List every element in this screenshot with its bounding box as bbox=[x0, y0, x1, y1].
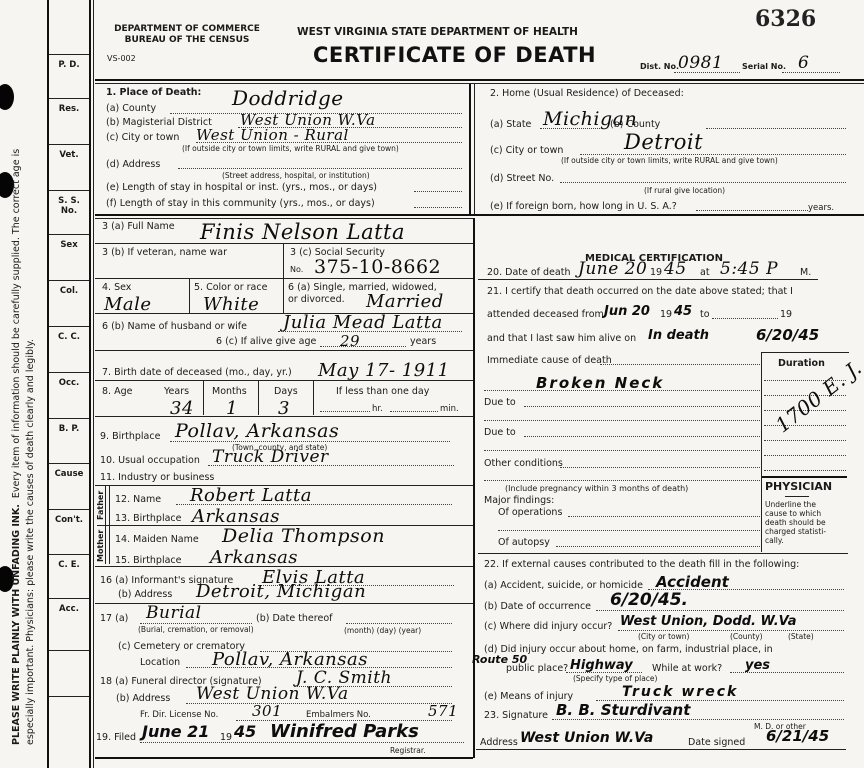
binder-hole bbox=[0, 84, 14, 110]
dotted-rule bbox=[712, 318, 778, 319]
death-city-label: (c) City or town bbox=[106, 133, 179, 143]
license-value: 301 bbox=[252, 704, 282, 719]
injury-where-value: West Union, Dodd. W.Va bbox=[620, 615, 797, 628]
dotted-rule bbox=[566, 672, 642, 673]
stay-community-label: (f) Length of stay in this community (yr… bbox=[106, 199, 375, 209]
row-rule bbox=[478, 279, 818, 280]
side-code-label: P. D. bbox=[50, 60, 88, 70]
dotted-rule bbox=[560, 467, 760, 468]
date-signed-label: Date signed bbox=[688, 738, 745, 748]
row-rule bbox=[95, 243, 473, 244]
home-street-note: (If rural give location) bbox=[644, 187, 725, 195]
filed-label: 19. Filed bbox=[96, 733, 136, 743]
side-code-rule bbox=[49, 554, 89, 555]
side-code-label: C. E. bbox=[50, 560, 88, 570]
side-code-label: Res. bbox=[50, 104, 88, 114]
foreign-born-label: (e) If foreign born, how long in U. S. A… bbox=[490, 202, 677, 212]
burial-date-label: (b) Date thereof bbox=[256, 614, 332, 624]
attended-year-prefix: 19 bbox=[660, 310, 672, 320]
row-rule bbox=[95, 416, 473, 417]
duration-label: Duration bbox=[778, 359, 825, 369]
header-rule bbox=[95, 83, 864, 84]
row-rule bbox=[95, 278, 473, 279]
physician-rule bbox=[762, 476, 847, 478]
side-code-label: Col. bbox=[50, 286, 88, 296]
dotted-rule bbox=[730, 672, 844, 673]
dotted-rule bbox=[484, 480, 760, 481]
duration-box-border bbox=[761, 352, 849, 353]
side-code-label: Vet. bbox=[50, 150, 88, 160]
dotted-rule bbox=[390, 411, 438, 412]
row-rule bbox=[95, 350, 473, 351]
mother-maiden-label: 14. Maiden Name bbox=[115, 535, 199, 545]
side-code-rule bbox=[49, 98, 89, 99]
physician-note-line: cause to which bbox=[765, 509, 847, 518]
dotted-rule bbox=[346, 623, 452, 624]
attended-to-label: to bbox=[700, 310, 710, 320]
margin-rule bbox=[93, 0, 94, 768]
certify-statement: 21. I certify that death occurred on the… bbox=[487, 287, 793, 297]
dotted-rule bbox=[170, 441, 450, 442]
state-department: WEST VIRGINIA STATE DEPARTMENT OF HEALTH bbox=[297, 27, 578, 38]
last-alive-value: In death bbox=[648, 329, 709, 342]
filed-date-value: June 21 bbox=[142, 724, 209, 740]
father-birthplace-value: Arkansas bbox=[192, 508, 280, 526]
race-label: 5. Color or race bbox=[194, 283, 267, 293]
dotted-rule bbox=[320, 411, 370, 412]
side-code-rule bbox=[49, 144, 89, 145]
physician-note-line: charged statisti- bbox=[765, 527, 847, 536]
dotted-rule bbox=[556, 546, 760, 547]
dotted-rule bbox=[176, 504, 452, 505]
other-conditions-label: Other conditions bbox=[484, 459, 563, 469]
last-alive-label: and that I last saw him alive on bbox=[487, 334, 636, 344]
cell-divider bbox=[283, 278, 284, 313]
date-signed-value: 6/21/45 bbox=[766, 729, 829, 744]
marital-value: Married bbox=[366, 293, 444, 311]
sex-label: 4. Sex bbox=[102, 283, 131, 293]
home-city-value: Detroit bbox=[624, 132, 703, 153]
section-divider bbox=[469, 84, 471, 214]
full-name-label: 3 (a) Full Name bbox=[102, 222, 175, 232]
registrar-signature: Winifred Parks bbox=[270, 723, 419, 741]
dotted-rule bbox=[414, 207, 462, 208]
dotted-rule bbox=[580, 154, 846, 155]
dotted-rule bbox=[764, 455, 846, 456]
physician-address-label: Address bbox=[480, 738, 518, 748]
death-year-value: 45 bbox=[664, 261, 687, 278]
place-of-death-heading: 1. Place of Death: bbox=[106, 88, 201, 98]
death-county-label: (a) County bbox=[106, 104, 156, 114]
disposition-note: (Burial, cremation, or removal) bbox=[138, 626, 254, 634]
dotted-rule bbox=[524, 436, 760, 437]
less-than-day-label: If less than one day bbox=[336, 387, 429, 397]
dotted-rule bbox=[178, 168, 462, 169]
cell-divider bbox=[313, 380, 314, 415]
birth-date-label: 7. Birth date of deceased (mo., day, yr.… bbox=[102, 368, 292, 378]
autopsy-label: Of autopsy bbox=[498, 538, 550, 548]
physician-note-line: Underline the bbox=[765, 500, 847, 509]
license-label: Fr. Dir. License No. bbox=[140, 711, 218, 720]
social-security-value: 375-10-8662 bbox=[314, 258, 441, 277]
age-years-label: Years bbox=[164, 387, 189, 397]
column-divider bbox=[473, 218, 475, 758]
side-code-rule bbox=[49, 509, 89, 510]
age-months-label: Months bbox=[212, 387, 247, 397]
dotted-rule bbox=[484, 390, 760, 391]
dept-commerce: DEPARTMENT OF COMMERCE BUREAU OF THE CEN… bbox=[112, 25, 262, 45]
side-code-label: Occ. bbox=[50, 378, 88, 388]
dist-number-label: Dist. No. bbox=[640, 63, 679, 71]
spouse-age-label: 6 (c) If alive give age bbox=[216, 337, 316, 347]
side-code-label: B. P. bbox=[50, 424, 88, 434]
death-address-label: (d) Address bbox=[106, 160, 160, 170]
section-rule bbox=[95, 214, 864, 216]
side-code-rule bbox=[49, 418, 89, 419]
birthplace-value: Pollav, Arkansas bbox=[175, 422, 339, 441]
external-type-value: Accident bbox=[656, 575, 729, 590]
margin-rule bbox=[89, 0, 91, 768]
physician-signature-label: 23. Signature bbox=[484, 711, 548, 721]
death-city-note: (If outside city or town limits, write R… bbox=[182, 145, 399, 153]
foreign-born-suffix: years. bbox=[808, 204, 834, 213]
mother-birthplace-value: Arkansas bbox=[210, 549, 298, 567]
death-address-note: (Street address, hospital, or institutio… bbox=[222, 172, 370, 180]
stamp-number: 6326 bbox=[755, 6, 816, 32]
injury-place-note: (Specify type of place) bbox=[573, 675, 657, 683]
death-date-value: June 20 bbox=[578, 261, 647, 278]
mother-birthplace-label: 15. Birthplace bbox=[115, 556, 182, 566]
dotted-rule bbox=[568, 516, 760, 517]
certificate-title: CERTIFICATE OF DEATH bbox=[313, 43, 596, 67]
side-code-rule bbox=[49, 190, 89, 191]
dotted-rule bbox=[278, 331, 462, 332]
burial-date-note: (month) (day) (year) bbox=[344, 627, 421, 635]
death-city-value: West Union - Rural bbox=[196, 128, 349, 143]
father-name-value: Robert Latta bbox=[190, 487, 312, 505]
dotted-rule bbox=[196, 142, 462, 143]
physician-address-value: West Union W.Va bbox=[520, 731, 653, 745]
cell-divider bbox=[203, 380, 204, 415]
injury-place-value: Highway bbox=[570, 659, 633, 672]
form-code: VS-002 bbox=[107, 55, 136, 63]
dotted-rule bbox=[186, 703, 452, 704]
side-code-rule bbox=[49, 54, 89, 55]
dotted-rule bbox=[618, 630, 844, 631]
embalmer-label: Embalmers No. bbox=[306, 711, 371, 720]
ss-no-label: No. bbox=[290, 266, 303, 274]
physician-note-line: cally. bbox=[765, 536, 847, 545]
birthplace-label: 9. Birthplace bbox=[100, 432, 160, 442]
occupation-value: Truck Driver bbox=[212, 449, 329, 466]
margin-rule bbox=[47, 0, 49, 768]
injury-place-label-2: public place? bbox=[506, 664, 568, 674]
full-name-value: Finis Nelson Latta bbox=[200, 222, 405, 243]
dotted-rule bbox=[484, 450, 760, 451]
birth-date-value: May 17- 1911 bbox=[318, 362, 450, 380]
attended-from-value: Jun 20 bbox=[604, 305, 650, 318]
row-rule bbox=[476, 749, 846, 750]
cell-divider bbox=[189, 278, 190, 313]
physician-note: Underline thecause to whichdeath should … bbox=[765, 500, 847, 545]
race-value: White bbox=[203, 296, 259, 314]
home-city-note: (If outside city or town limits, write R… bbox=[561, 157, 778, 165]
father-name-label: 12. Name bbox=[115, 495, 161, 505]
dotted-rule bbox=[674, 72, 740, 73]
veteran-label: 3 (b) If veteran, name war bbox=[102, 248, 227, 258]
occurrence-date-label: (b) Date of occurrence bbox=[484, 602, 591, 612]
registrar-label: Registrar. bbox=[390, 747, 426, 755]
dotted-rule bbox=[596, 610, 844, 611]
home-city-label: (c) City or town bbox=[490, 146, 563, 156]
home-county-label: (b) County bbox=[610, 120, 660, 130]
injury-place-label-1: (d) Did injury occur about home, on farm… bbox=[484, 645, 773, 655]
dotted-rule bbox=[764, 440, 846, 441]
side-code-label: Con't. bbox=[50, 515, 88, 525]
side-code-rule bbox=[49, 234, 89, 235]
cell-divider bbox=[283, 243, 284, 278]
side-code-rule bbox=[49, 372, 89, 373]
where-note-state: (State) bbox=[788, 633, 814, 641]
side-code-rule bbox=[49, 280, 89, 281]
immediate-cause-label: Immediate cause of death bbox=[487, 356, 612, 366]
side-code-rule bbox=[49, 598, 89, 599]
side-code-rule bbox=[49, 326, 89, 327]
side-code-label: C. C. bbox=[50, 332, 88, 342]
spouse-name-value: Julia Mead Latta bbox=[283, 314, 443, 332]
physician-note-line: death should be bbox=[765, 518, 847, 527]
attended-to-year: 19 bbox=[780, 310, 792, 320]
funeral-address-value: West Union W.Va bbox=[196, 686, 349, 703]
external-heading: 22. If external causes contributed to th… bbox=[484, 560, 799, 570]
section-divider bbox=[474, 84, 475, 214]
parent-divider bbox=[97, 525, 109, 526]
occurrence-date-value: 6/20/45. bbox=[610, 592, 688, 609]
dotted-rule bbox=[140, 623, 252, 624]
disposition-value: Burial bbox=[146, 605, 202, 622]
dotted-rule bbox=[208, 465, 454, 466]
spouse-age-suffix: years bbox=[410, 337, 436, 347]
occupation-label: 10. Usual occupation bbox=[100, 456, 200, 466]
dotted-rule bbox=[764, 470, 846, 471]
side-code-rule bbox=[49, 650, 89, 651]
father-birthplace-label: 13. Birthplace bbox=[115, 514, 182, 524]
dotted-rule bbox=[560, 182, 846, 183]
while-at-work-value: yes bbox=[745, 659, 770, 672]
attended-label: attended deceased from bbox=[487, 310, 604, 320]
attended-year-value: 45 bbox=[674, 305, 692, 318]
dotted-rule bbox=[140, 742, 464, 743]
margin-instruction-line2: especially important. Physicians: please… bbox=[26, 339, 36, 745]
major-findings-label: Major findings: bbox=[484, 496, 554, 506]
sex-value: Male bbox=[104, 296, 152, 314]
filed-year-value: 45 bbox=[234, 724, 256, 740]
row-rule bbox=[95, 380, 473, 381]
dotted-rule bbox=[484, 420, 760, 421]
side-code-rule bbox=[49, 696, 89, 697]
header-rule bbox=[95, 79, 864, 81]
where-note-city: (City or town) bbox=[638, 633, 689, 641]
hours-label: hr. bbox=[372, 405, 383, 414]
age-days-label: Days bbox=[274, 387, 298, 397]
physician-underline bbox=[785, 496, 809, 497]
row-rule bbox=[478, 553, 848, 554]
informant-address-label: (b) Address bbox=[118, 590, 172, 600]
informant-address-value: Detroit, Michigan bbox=[196, 583, 366, 601]
spouse-name-label: 6 (b) Name of husband or wife bbox=[102, 322, 247, 332]
death-year-prefix: 19 bbox=[650, 268, 662, 278]
side-code-label: Acc. bbox=[50, 604, 88, 614]
dist-number-value: 0981 bbox=[678, 55, 723, 72]
dotted-rule bbox=[782, 72, 840, 73]
death-date-label: 20. Date of death bbox=[487, 268, 570, 278]
pregnancy-note: (Include pregnancy within 3 months of de… bbox=[505, 485, 688, 493]
death-time-suffix: M. bbox=[800, 268, 811, 278]
side-code-rule bbox=[49, 463, 89, 464]
minutes-label: min. bbox=[440, 405, 459, 414]
dotted-rule bbox=[414, 191, 462, 192]
industry-label: 11. Industry or business bbox=[100, 473, 214, 483]
father-tag: Father bbox=[97, 491, 105, 520]
age-label: 8. Age bbox=[102, 387, 132, 397]
death-time-value: 5:45 P bbox=[720, 261, 778, 278]
dotted-rule bbox=[696, 210, 808, 211]
home-street-label: (d) Street No. bbox=[490, 174, 554, 184]
cell-divider bbox=[258, 380, 259, 415]
home-heading: 2. Home (Usual Residence) of Deceased: bbox=[490, 89, 684, 99]
disposition-label: 17 (a) bbox=[100, 614, 128, 624]
dotted-rule bbox=[498, 530, 760, 531]
section-rule bbox=[95, 218, 473, 219]
dotted-rule bbox=[540, 128, 602, 129]
operations-label: Of operations bbox=[498, 508, 562, 518]
where-note-county: (County) bbox=[730, 633, 763, 641]
cemetery-location-label: Location bbox=[140, 658, 180, 668]
funeral-address-label: (b) Address bbox=[116, 694, 170, 704]
death-county-value: Doddridge bbox=[232, 88, 344, 108]
dotted-rule bbox=[706, 128, 846, 129]
margin-instruction-line1: PLEASE WRITE PLAINLY WITH UNFADING INK. … bbox=[12, 149, 22, 745]
side-code-label: S. S. No. bbox=[50, 196, 88, 216]
home-state-label: (a) State bbox=[490, 120, 531, 130]
death-time-at: at bbox=[700, 268, 710, 278]
due-to-label-1: Due to bbox=[484, 398, 516, 408]
dotted-rule bbox=[524, 406, 760, 407]
serial-number-value: 6 bbox=[798, 55, 809, 72]
embalmer-value: 571 bbox=[428, 704, 458, 719]
side-code-label: Sex bbox=[50, 240, 88, 250]
dotted-rule bbox=[600, 364, 760, 365]
mother-maiden-value: Delia Thompson bbox=[222, 527, 385, 546]
due-to-label-2: Due to bbox=[484, 428, 516, 438]
last-alive-date: 6/20/45 bbox=[756, 328, 819, 343]
while-at-work-label: While at work? bbox=[652, 664, 722, 674]
physician-heading: PHYSICIAN bbox=[765, 481, 832, 492]
dotted-rule bbox=[552, 719, 844, 720]
physician-signature-value: B. B. Sturdivant bbox=[556, 703, 690, 718]
duration-box-border bbox=[761, 352, 762, 552]
serial-number-label: Serial No. bbox=[742, 63, 786, 71]
dotted-rule bbox=[320, 346, 406, 347]
injury-means-value: Truck wreck bbox=[622, 685, 738, 699]
injury-where-label: (c) Where did injury occur? bbox=[484, 622, 612, 632]
mother-tag: Mother bbox=[97, 530, 105, 562]
side-code-label: Cause bbox=[50, 469, 88, 479]
immediate-cause-value: Broken Neck bbox=[536, 376, 664, 391]
bottom-rule bbox=[95, 757, 473, 759]
stay-hospital-label: (e) Length of stay in hospital or inst. … bbox=[106, 183, 377, 193]
